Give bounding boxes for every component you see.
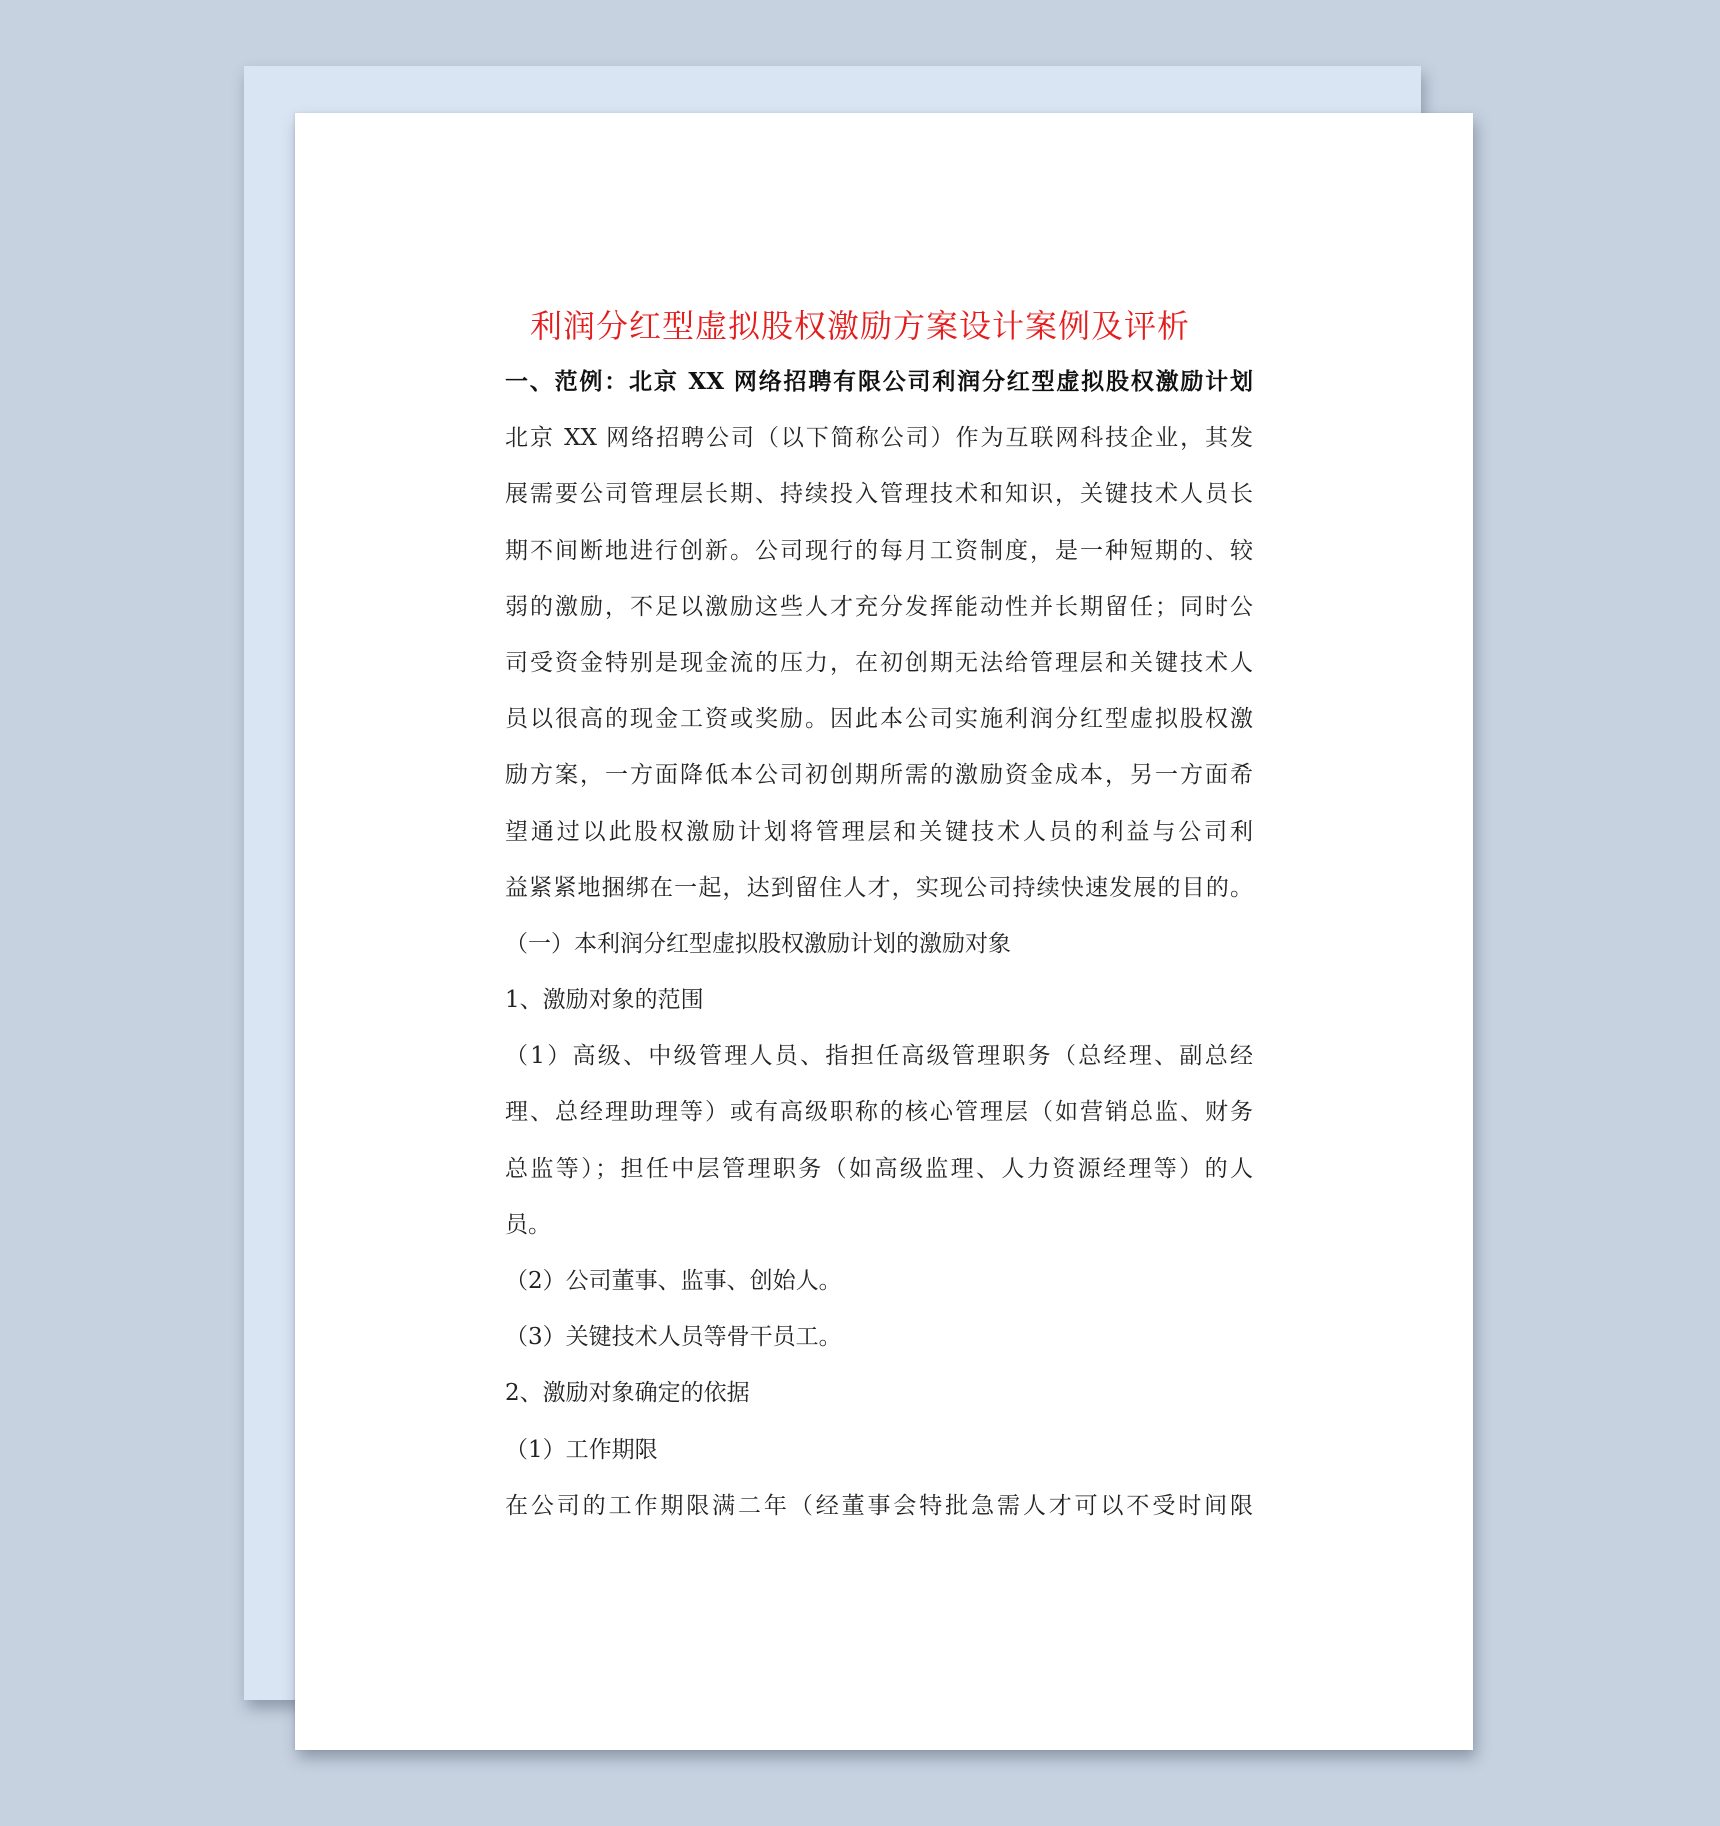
paragraph-line: 益紧紧地捆绑在一起，达到留住人才，实现公司持续快速发展的目的。 bbox=[505, 866, 1253, 922]
paragraph-line: 望通过以此股权激励计划将管理层和关键技术人员的利益与公司利 bbox=[505, 810, 1253, 866]
document-title: 利润分红型虚拟股权激励方案设计案例及评析 bbox=[0, 302, 1720, 350]
list-item-line: 员。 bbox=[505, 1203, 1253, 1259]
list-item: （2）公司董事、监事、创始人。 bbox=[505, 1259, 1253, 1315]
item-heading: 2、激励对象确定的依据 bbox=[505, 1371, 1253, 1427]
paragraph-line: 司受资金特别是现金流的压力，在初创期无法给管理层和关键技术人 bbox=[505, 641, 1253, 697]
item-heading: 1、激励对象的范围 bbox=[505, 978, 1253, 1034]
section-heading: 一、范例：北京 XX 网络招聘有限公司利润分红型虚拟股权激励计划 bbox=[505, 360, 1253, 416]
list-item-line: 理、总经理助理等）或有高级职称的核心管理层（如营销总监、财务 bbox=[505, 1090, 1253, 1146]
document-body: 一、范例：北京 XX 网络招聘有限公司利润分红型虚拟股权激励计划 北京 XX 网… bbox=[505, 360, 1253, 1540]
list-item: （1）工作期限 bbox=[505, 1428, 1253, 1484]
paragraph-line: 展需要公司管理层长期、持续投入管理技术和知识，关键技术人员长 bbox=[505, 472, 1253, 528]
paragraph-line: 励方案，一方面降低本公司初创期所需的激励资金成本，另一方面希 bbox=[505, 753, 1253, 809]
paragraph-line: 北京 XX 网络招聘公司（以下简称公司）作为互联网科技企业，其发 bbox=[505, 416, 1253, 472]
paragraph-line: 期不间断地进行创新。公司现行的每月工资制度，是一种短期的、较 bbox=[505, 529, 1253, 585]
list-item: （3）关键技术人员等骨干员工。 bbox=[505, 1315, 1253, 1371]
list-item-line: 总监等）；担任中层管理职务（如高级监理、人力资源经理等）的人 bbox=[505, 1147, 1253, 1203]
paragraph-line: 员以很高的现金工资或奖励。因此本公司实施利润分红型虚拟股权激 bbox=[505, 697, 1253, 753]
paragraph-line: 在公司的工作期限满二年（经董事会特批急需人才可以不受时间限 bbox=[505, 1484, 1253, 1540]
paragraph-line: 弱的激励，不足以激励这些人才充分发挥能动性并长期留任；同时公 bbox=[505, 585, 1253, 641]
subsection-heading: （一）本利润分红型虚拟股权激励计划的激励对象 bbox=[505, 922, 1253, 978]
list-item-line: （1）高级、中级管理人员、指担任高级管理职务（总经理、副总经 bbox=[505, 1034, 1253, 1090]
